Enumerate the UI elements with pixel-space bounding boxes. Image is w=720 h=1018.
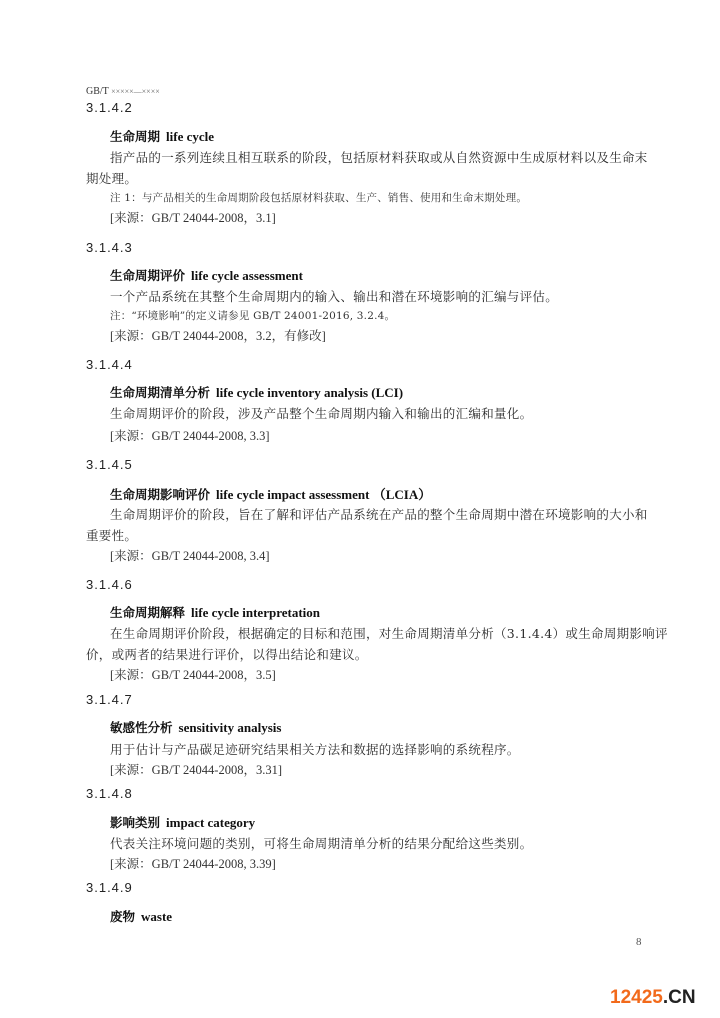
term-heading: 影响类别impact category <box>110 813 255 831</box>
term-heading: 生命周期评价life cycle assessment <box>110 266 303 284</box>
term-en: impact category <box>166 815 255 830</box>
definition-text: 一个产品系统在其整个生命周期内的输入、输出和潜在环境影响的汇编与评估。 <box>110 287 558 305</box>
term-zh: 生命周期影响评价 <box>110 487 210 502</box>
term-en: life cycle impact assessment （LCIA） <box>216 487 431 502</box>
clause-number: 3.1.4.6 <box>86 577 133 592</box>
clause-number: 3.1.4.8 <box>86 786 133 801</box>
term-en: life cycle inventory analysis (LCI) <box>216 385 403 400</box>
term-heading: 废物waste <box>110 907 172 925</box>
term-zh: 生命周期清单分析 <box>110 385 210 400</box>
term-zh: 生命周期 <box>110 129 160 144</box>
term-en: waste <box>141 909 172 924</box>
definition-text-cont: 价，或两者的结果进行评价，以得出结论和建议。 <box>86 645 368 663</box>
clause-number: 3.1.4.3 <box>86 240 133 255</box>
term-heading: 生命周期影响评价life cycle impact assessment （LC… <box>110 484 431 503</box>
source-citation: [来源：GB/T 24044-2008, 3.4] <box>110 546 270 564</box>
standard-number-placeholder: ×××××—×××× <box>111 87 160 96</box>
clause-number: 3.1.4.4 <box>86 357 133 372</box>
clause-number: 3.1.4.9 <box>86 880 133 895</box>
term-heading: 敏感性分析sensitivity analysis <box>110 718 281 736</box>
term-en: life cycle <box>166 129 214 144</box>
watermark-suffix: .CN <box>663 987 696 1008</box>
term-zh: 生命周期评价 <box>110 268 185 283</box>
term-zh: 敏感性分析 <box>110 720 173 735</box>
term-zh: 生命周期解释 <box>110 605 185 620</box>
source-citation: [来源：GB/T 24044-2008，3.5] <box>110 665 276 683</box>
term-en: sensitivity analysis <box>179 720 282 735</box>
source-citation: [来源：GB/T 24044-2008，3.31] <box>110 760 282 778</box>
definition-text: 代表关注环境问题的类别，可将生命周期清单分析的结果分配给这些类别。 <box>110 834 532 852</box>
watermark-digits: 12425 <box>610 987 663 1008</box>
clause-number: 3.1.4.7 <box>86 692 133 707</box>
definition-text-cont: 重要性。 <box>86 526 137 544</box>
site-watermark-logo: 12425.CN <box>610 987 696 1009</box>
source-citation: [来源：GB/T 24044-2008, 3.39] <box>110 854 276 872</box>
source-citation: [来源：GB/T 24044-2008, 3.3] <box>110 426 270 444</box>
source-citation: [来源：GB/T 24044-2008，3.1] <box>110 208 276 226</box>
term-heading: 生命周期life cycle <box>110 127 214 145</box>
note-text: 注 1：与产品相关的生命周期阶段包括原材料获取、生产、销售、使用和生命末期处理。 <box>110 190 527 205</box>
source-citation: [来源：GB/T 24044-2008，3.2，有修改] <box>110 326 326 344</box>
term-zh: 废物 <box>110 909 135 924</box>
definition-text: 在生命周期评价阶段，根据确定的目标和范围，对生命周期清单分析（3.1.4.4）或… <box>110 624 668 642</box>
term-en: life cycle interpretation <box>191 605 320 620</box>
standard-header: GB/T ×××××—×××× <box>86 86 160 97</box>
page-number: 8 <box>636 936 642 948</box>
term-heading: 生命周期清单分析life cycle inventory analysis (L… <box>110 383 403 401</box>
definition-text: 生命周期评价的阶段，旨在了解和评估产品系统在产品的整个生命周期中潜在环境影响的大… <box>110 505 648 523</box>
definition-text: 生命周期评价的阶段，涉及产品整个生命周期内输入和输出的汇编和量化。 <box>110 404 532 422</box>
definition-text-cont: 期处理。 <box>86 169 137 187</box>
clause-number: 3.1.4.2 <box>86 100 133 115</box>
standard-code: GB/T <box>86 86 109 97</box>
note-text: 注：“环境影响”的定义请参见 GB/T 24001-2016, 3.2.4。 <box>110 308 395 323</box>
document-page: GB/T ×××××—×××× 3.1.4.2 生命周期life cycle 指… <box>0 0 720 1018</box>
definition-text: 指产品的一系列连续且相互联系的阶段，包括原材料获取或从自然资源中生成原材料以及生… <box>110 148 648 166</box>
term-zh: 影响类别 <box>110 815 160 830</box>
clause-number: 3.1.4.5 <box>86 457 133 472</box>
definition-text: 用于估计与产品碳足迹研究结果相关方法和数据的选择影响的系统程序。 <box>110 740 520 758</box>
term-en: life cycle assessment <box>191 268 303 283</box>
term-heading: 生命周期解释life cycle interpretation <box>110 603 320 621</box>
